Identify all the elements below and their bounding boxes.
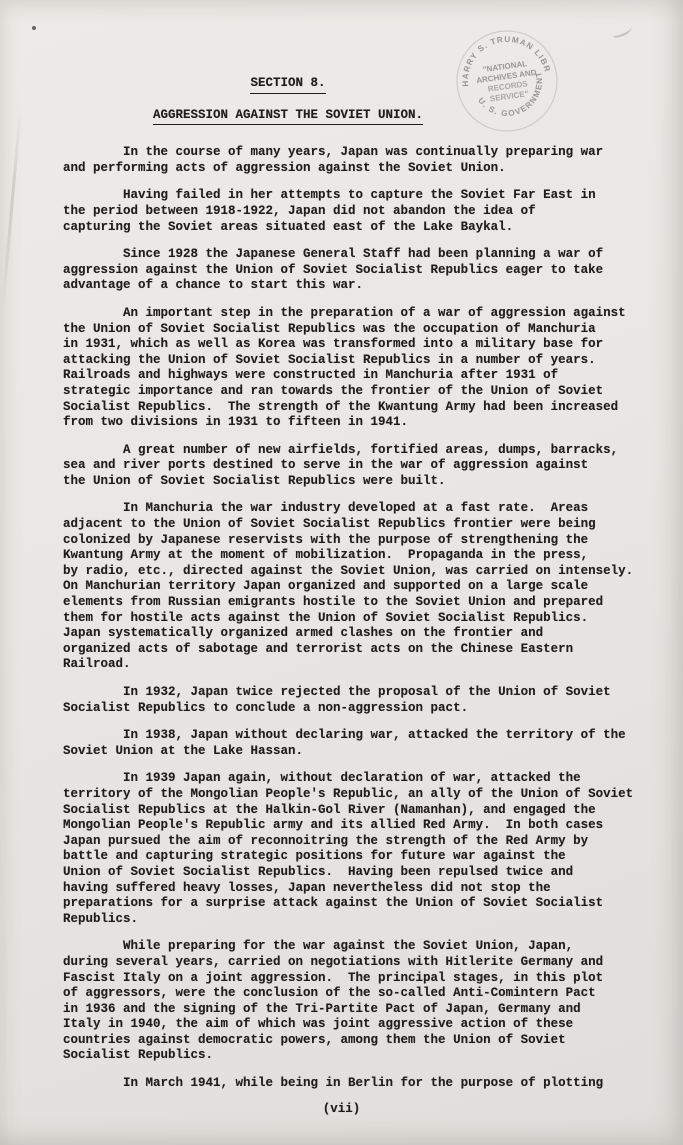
paragraph-1: In the course of many years, Japan was c… — [63, 145, 663, 176]
page-number: (vii) — [0, 1102, 683, 1116]
paragraph-6: In Manchuria the war industry developed … — [63, 501, 663, 673]
paragraph-3: Since 1928 the Japanese General Staff ha… — [63, 247, 663, 294]
paragraph-5: A great number of new airfields, fortifi… — [63, 443, 663, 490]
page-title-text: AGGRESSION AGAINST THE SOVIET UNION. — [153, 108, 423, 126]
section-heading: SECTION 8. — [63, 76, 513, 94]
document-page: HARRY S. TRUMAN LIBRARY U. S. GOVERNMENT… — [0, 0, 683, 1145]
paragraph-11: In March 1941, while being in Berlin for… — [63, 1076, 663, 1092]
paragraph-9: In 1939 Japan again, without declaration… — [63, 771, 663, 927]
paragraph-10: While preparing for the war against the … — [63, 939, 663, 1064]
paragraph-4: An important step in the preparation of … — [63, 306, 663, 431]
paper-crease — [1, 110, 21, 310]
document-content: SECTION 8. AGGRESSION AGAINST THE SOVIET… — [63, 76, 663, 1092]
paragraph-7: In 1932, Japan twice rejected the propos… — [63, 685, 663, 716]
paragraph-2: Having failed in her attempts to capture… — [63, 188, 663, 235]
paper-speck — [32, 26, 36, 30]
page-title: AGGRESSION AGAINST THE SOVIET UNION. — [63, 108, 513, 126]
paragraph-8: In 1938, Japan without declaring war, at… — [63, 728, 663, 759]
section-heading-text: SECTION 8. — [250, 76, 325, 94]
pencil-mark — [611, 23, 633, 39]
